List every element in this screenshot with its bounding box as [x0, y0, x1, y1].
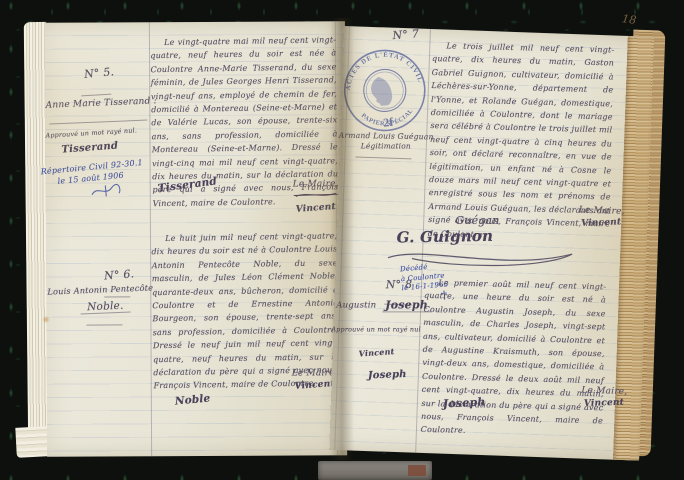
- act-number-6: N° 6.: [96, 267, 143, 283]
- act-8-mayor-signature: Le Maire, Vincent: [573, 384, 636, 410]
- margin-underline: [86, 324, 122, 325]
- foxing-spot: [42, 316, 50, 323]
- left-page: N° 5. Anne Marie Tisserand : Approuvé un…: [45, 21, 347, 457]
- margin-signature-vincent: Vincent: [358, 346, 394, 358]
- etat-civil-stamp: ACTES DE L'ÉTAT CIVIL PAPIER SPÉCIAL 2f: [338, 43, 433, 138]
- page-number: 18: [621, 12, 637, 27]
- margin-name-gueguan: Armand Louis Guéguan: [336, 131, 436, 142]
- cloth-patch-accent: [408, 465, 426, 476]
- margin-name-noble-line1: Louis Antonin Pentecôte: [44, 282, 156, 296]
- paraph-flourish-icon: [85, 182, 126, 200]
- act-number-7: N° 7: [383, 27, 428, 43]
- marianne-head-icon: [370, 76, 393, 107]
- margin-name-tisserand: Anne Marie Tisserand :: [45, 96, 157, 110]
- crossed-out-signature-icon: [293, 190, 339, 199]
- margin-underline: [49, 120, 147, 125]
- act-number-5: N° 5.: [69, 64, 130, 82]
- margin-divider: [81, 94, 111, 97]
- mayor-title: Le Maire,: [286, 179, 346, 190]
- approval-note-8: Approuvé un mot rayé nul: [331, 325, 431, 333]
- margin-note-legitimation: Légitimation: [350, 142, 422, 151]
- act-8-declarant-signature: Joseph: [443, 395, 486, 410]
- margin-name-augustin: Augustin: [336, 301, 376, 311]
- mayor-name: Vincent: [573, 396, 635, 410]
- act-7-party-signature: Guégan: [455, 214, 499, 227]
- margin-signature-joseph: Joseph: [368, 369, 407, 381]
- civil-register-scan: N° 5. Anne Marie Tisserand : Approuvé un…: [0, 0, 684, 480]
- margin-divider: [104, 296, 130, 297]
- margin-name-noble-line2: Noble.: [80, 299, 130, 314]
- act-6-declarant-signature: Noble: [174, 392, 211, 407]
- margin-signature-tisserand: Tisserand: [61, 140, 118, 155]
- mayor-name: Vincent: [569, 216, 633, 230]
- approval-note-5: Approuvé un mot rayé nul.: [45, 125, 155, 139]
- right-page: N° 7 ACTES DE L'ÉTAT CIVIL PAPIER SPÉCIA…: [329, 26, 654, 461]
- stamp-value: 2f: [382, 115, 394, 130]
- act-8-body: Le premier août mil neuf cent vingt-quat…: [421, 276, 607, 441]
- cloth-patch: [318, 461, 432, 480]
- act-7-mayor-signature: Le Maire, Vincent: [569, 204, 634, 230]
- margin-underline: [355, 156, 411, 159]
